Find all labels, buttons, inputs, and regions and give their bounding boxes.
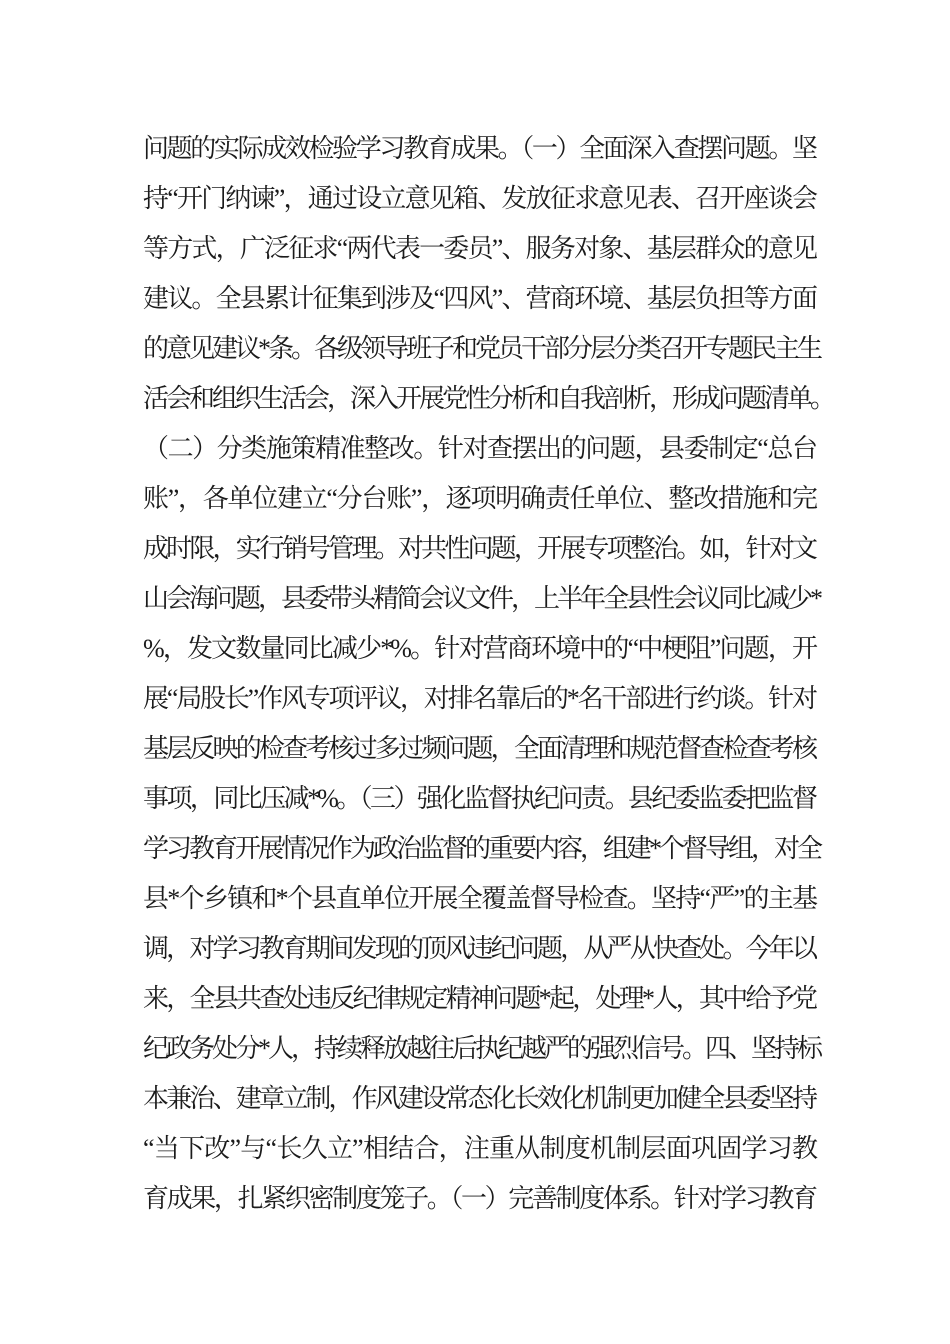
text-line-19: 纪政务处分*人，持续释放越往后执纪越严的强烈信号。四、坚持标: [143, 1024, 815, 1074]
text-line-22: 育成果，扎紧织密制度笼子。（一）完善制度体系。针对学习教育: [143, 1174, 815, 1224]
text-line-13: 基层反映的检查考核过多过频问题，全面清理和规范督查检查考核: [143, 724, 815, 774]
text-line-21: “当下改”与“长久立”相结合，注重从制度机制层面巩固学习教: [143, 1124, 815, 1174]
text-line-9: 成时限，实行销号管理。对共性问题，开展专项整治。如，针对文: [143, 524, 815, 574]
document-text-block: 问题的实际成效检验学习教育成果。（一）全面深入查摆问题。坚持“开门纳谏”，通过设…: [143, 124, 815, 1224]
text-line-4: 建议。全县累计征集到涉及“四风”、营商环境、基层负担等方面: [143, 274, 815, 324]
text-line-6: 活会和组织生活会，深入开展党性分析和自我剖析，形成问题清单。: [143, 374, 815, 424]
document-page: 问题的实际成效检验学习教育成果。（一）全面深入查摆问题。坚持“开门纳谏”，通过设…: [0, 0, 950, 1344]
text-line-10: 山会海问题，县委带头精简会议文件，上半年全县性会议同比减少*: [143, 574, 815, 624]
text-line-12: 展“局股长”作风专项评议，对排名靠后的*名干部进行约谈。针对: [143, 674, 815, 724]
text-line-18: 来，全县共查处违反纪律规定精神问题*起，处理*人，其中给予党: [143, 974, 815, 1024]
text-line-1: 问题的实际成效检验学习教育成果。（一）全面深入查摆问题。坚: [143, 124, 815, 174]
text-line-15: 学习教育开展情况作为政治监督的重要内容，组建*个督导组，对全: [143, 824, 815, 874]
text-line-20: 本兼治、建章立制，作风建设常态化长效化机制更加健全县委坚持: [143, 1074, 815, 1124]
text-line-17: 调，对学习教育期间发现的顶风违纪问题，从严从快查处。今年以: [143, 924, 815, 974]
text-line-7: （二）分类施策精准整改。针对查摆出的问题，县委制定“总台: [143, 424, 815, 474]
text-line-8: 账”，各单位建立“分台账”，逐项明确责任单位、整改措施和完: [143, 474, 815, 524]
text-line-3: 等方式，广泛征求“两代表一委员”、服务对象、基层群众的意见: [143, 224, 815, 274]
text-line-2: 持“开门纳谏”，通过设立意见箱、发放征求意见表、召开座谈会: [143, 174, 815, 224]
text-line-16: 县*个乡镇和*个县直单位开展全覆盖督导检查。坚持“严”的主基: [143, 874, 815, 924]
text-line-11: %，发文数量同比减少*%。针对营商环境中的“中梗阻”问题，开: [143, 624, 815, 674]
text-line-14: 事项，同比压减*%。（三）强化监督执纪问责。县纪委监委把监督: [143, 774, 815, 824]
text-line-5: 的意见建议*条。各级领导班子和党员干部分层分类召开专题民主生: [143, 324, 815, 374]
